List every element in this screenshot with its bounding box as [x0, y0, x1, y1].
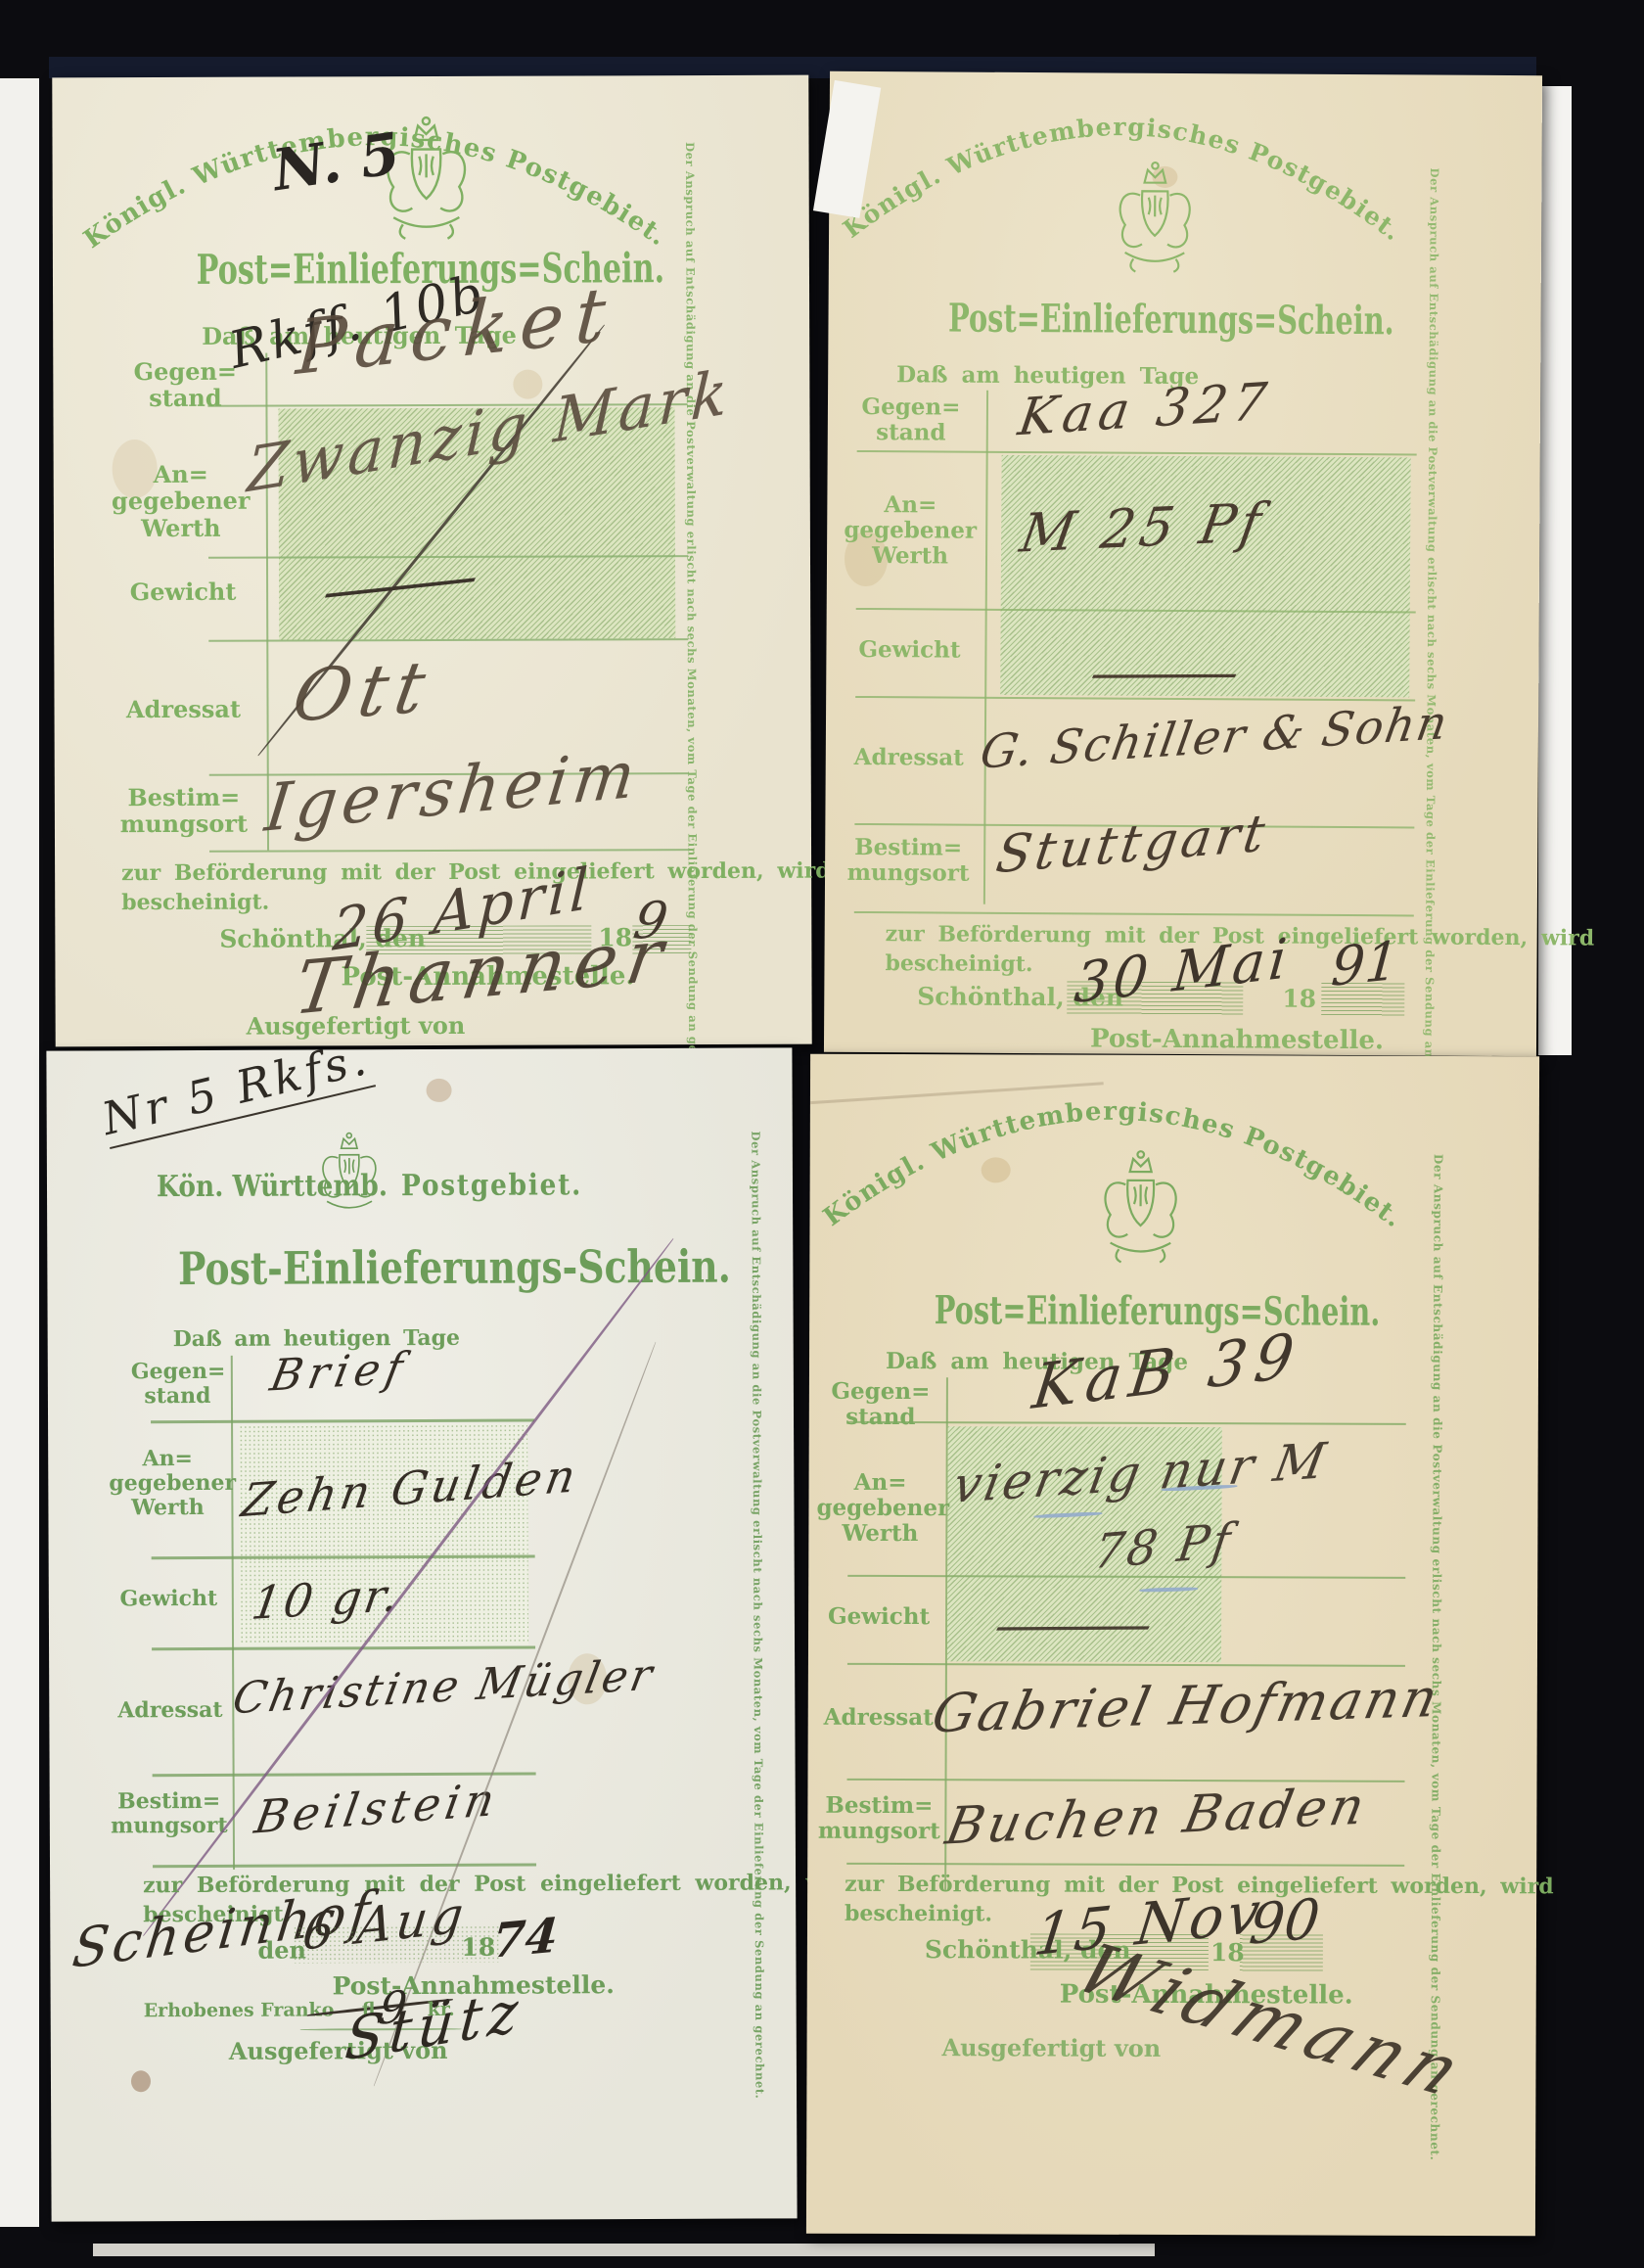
field-label-gegenstand: Gegen=stand — [121, 358, 249, 412]
postal-receipt-top-left: Der Anspruch auf Entschädigung an die Po… — [52, 75, 811, 1047]
liability-side-note: Der Anspruch auf Entschädigung an die Po… — [1423, 168, 1439, 1093]
field-label-bestimmungsort: Bestim=mungsort — [111, 1789, 228, 1839]
handwritten-year: 90 — [1247, 1892, 1322, 1954]
field-value-adressat: G. Schiller & Sohn — [977, 700, 1452, 776]
liability-side-note: Der Anspruch auf Entschädigung an die Po… — [750, 1131, 765, 2100]
franko-label: Erhobenes Franko — [144, 1999, 335, 2021]
field-value-gewicht: — — [986, 1599, 1159, 1649]
field-value-adressat: Ott — [288, 651, 437, 732]
issued-by-label: Ausgefertigt von — [942, 2033, 1162, 2062]
postal-receipt-top-right: Der Anspruch auf Entschädigung an die Po… — [824, 71, 1542, 1056]
field-value-gewicht: — — [1083, 648, 1245, 698]
certify-text: bescheinigt. — [121, 890, 269, 916]
field-value-gegenstand: Kaa 327 — [1015, 376, 1275, 443]
field-value-bestimmungsort: Buchen Baden — [941, 1781, 1372, 1853]
liability-side-note: Der Anspruch auf Entschädigung an die Po… — [684, 142, 699, 1057]
paper-stain — [982, 1157, 1011, 1182]
field-value-adressat: Gabriel Hofmann — [928, 1672, 1444, 1741]
coat-of-arms-icon — [309, 1126, 389, 1231]
field-value-gegenstand: Brief — [267, 1347, 412, 1398]
field-label-gewicht: Gewicht — [114, 579, 251, 606]
field-label-bestimmungsort: Bestim=mungsort — [845, 835, 972, 887]
album-edge-bottom — [93, 2244, 1155, 2256]
table-line — [846, 1863, 1404, 1867]
table-line — [151, 1418, 534, 1423]
year-prefix: 18 — [461, 1933, 495, 1962]
field-value-adressat: Christine Mügler — [229, 1653, 658, 1721]
table-divider — [231, 1356, 235, 1870]
field-label-adressat: Adressat — [117, 1698, 220, 1724]
field-label-gewicht: Gewicht — [820, 1604, 937, 1631]
table-line — [854, 911, 1414, 916]
field-label-gewicht: Gewicht — [845, 637, 973, 664]
table-line — [153, 1863, 536, 1868]
handwritten-year: 91 — [1330, 934, 1401, 994]
coat-of-arms-icon — [1085, 1148, 1195, 1277]
field-label-werth: An=gegebenerWerth — [842, 492, 979, 571]
field-value-werth-line2: 78 Pf — [1091, 1517, 1236, 1577]
field-label-adressat: Adressat — [820, 1705, 937, 1732]
field-value-bestimmungsort: Igersheim — [262, 742, 643, 842]
post-office-label: Post-Annahmestelle. — [1090, 1024, 1384, 1055]
table-line — [208, 638, 688, 642]
paper-stain — [131, 2070, 151, 2092]
table-line — [209, 849, 689, 853]
field-label-adressat: Adressat — [114, 696, 251, 723]
album-page-photo: Der Anspruch auf Entschädigung an die Po… — [0, 0, 1644, 2268]
field-label-werth: An=gegebenerWerth — [109, 1447, 226, 1521]
field-value-werth: M 25 Pf — [1017, 496, 1269, 561]
table-line — [152, 1645, 535, 1650]
album-edge-left — [0, 78, 39, 2227]
field-value-gegenstand: KaB 39 — [1029, 1324, 1305, 1418]
form-title: Post=Einlieferungs=Schein. — [948, 296, 1364, 345]
certify-text: bescheinigt. — [885, 950, 1032, 977]
postal-receipt-bottom-left: Der Anspruch auf Entschädigung an die Po… — [46, 1047, 797, 2221]
field-value-bestimmungsort: Stuttgart — [993, 808, 1272, 881]
field-label-bestimmungsort: Bestim=mungsort — [815, 1793, 942, 1845]
field-value-gewicht: 10 gr. — [249, 1572, 404, 1626]
postal-receipt-bottom-right: Der Anspruch auf Entschädigung an die Po… — [806, 1054, 1539, 2237]
field-label-gegenstand: Gegen=stand — [827, 1379, 935, 1431]
field-label-werth: An=gegebenerWerth — [108, 461, 254, 542]
certify-text: bescheinigt. — [845, 1901, 992, 1927]
field-label-gegenstand: Gegen=stand — [852, 394, 970, 446]
album-edge-right — [1538, 86, 1572, 1055]
field-label-adressat: Adressat — [845, 745, 973, 771]
field-label-gewicht: Gewicht — [117, 1587, 220, 1612]
table-divider — [983, 391, 988, 904]
field-value-bestimmungsort: Beilstein — [251, 1777, 502, 1840]
table-line — [857, 450, 1417, 455]
table-line — [847, 1663, 1405, 1667]
handwritten-year: 74 — [490, 1912, 560, 1966]
coat-of-arms-icon — [1101, 159, 1210, 287]
paper-stain — [427, 1079, 452, 1102]
handwritten-annotation: N. 5 — [269, 124, 403, 199]
certify-text: zur Beförderung mit der Post eingeliefer… — [143, 1870, 859, 1898]
header-right: Postgebiet. — [401, 1168, 582, 1203]
field-label-werth: An=gegebenerWerth — [816, 1470, 943, 1548]
form-title: Post-Einlieferungs-Schein. — [178, 1241, 524, 1296]
field-label-gegenstand: Gegen=stand — [131, 1360, 224, 1410]
field-label-bestimmungsort: Bestim=mungsort — [115, 784, 252, 838]
